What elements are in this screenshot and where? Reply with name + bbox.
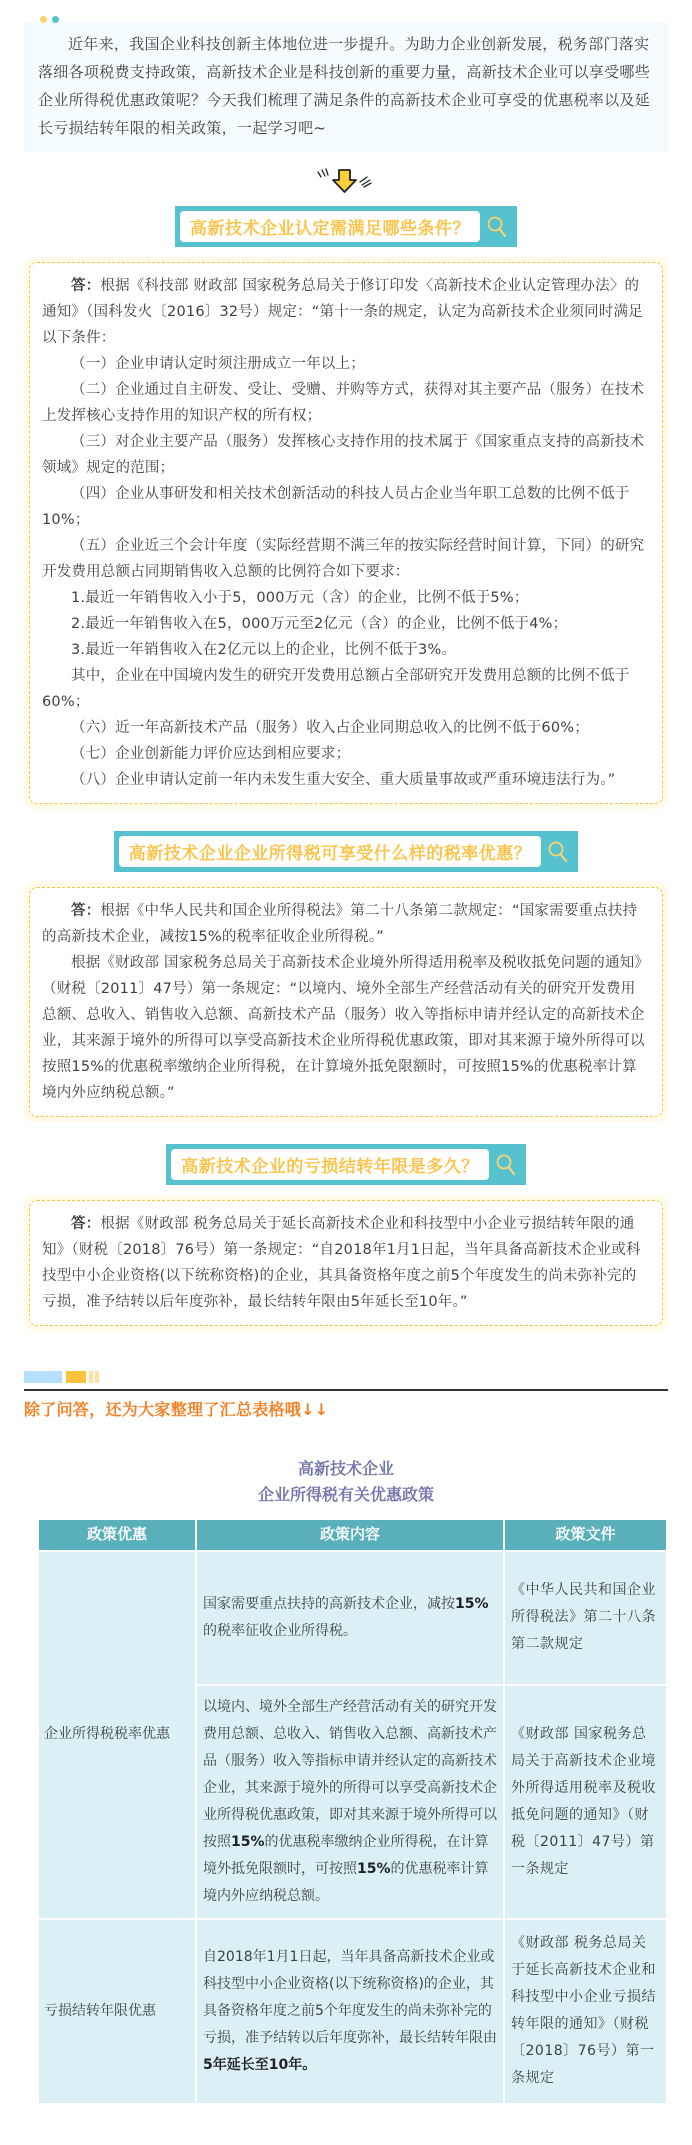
answer-lead: 答： (71, 1216, 100, 1232)
answer-body-2: 答：根据《中华人民共和国企业所得税法》第二十八条第二款规定：“国家需要重点扶持的… (29, 887, 663, 1117)
table-title: 高新技术企业 企业所得税有关优惠政策 (0, 1456, 692, 1508)
horizontal-rule (24, 1389, 668, 1391)
table-header-row: 政策优惠 政策内容 政策文件 (39, 1520, 666, 1550)
decorative-bars (24, 1371, 668, 1383)
content-cell: 自2018年1月1日起，当年具备高新技术企业或科技型中小企业资格(以下统称资格)… (197, 1920, 503, 2103)
intro-paragraph: 近年来，我国企业科技创新主体地位进一步提升。为助力企业创新发展，税务部门落实落细… (24, 22, 668, 152)
question-banner-3-row: 高新技术企业的亏损结转年限是多久？ (0, 1144, 692, 1185)
answer-paragraph: 根据《财政部 国家税务总局关于高新技术企业境外所得适用税率及税收抵免问题的通知》… (42, 950, 650, 1106)
condition-item: （八）企业申请认定前一年内未发生重大安全、重大质量事故或严重环境违法行为。” (42, 767, 650, 793)
header-benefit: 政策优惠 (39, 1520, 195, 1550)
summary-note: 除了问答，还为大家整理了汇总表格哦↓↓ (24, 1397, 668, 1420)
question-banner-2-row: 高新技术企业企业所得税可享受什么样的税率优惠？ (0, 831, 692, 872)
document-cell: 《财政部 税务总局关于延长高新技术企业和科技型中小企业亏损结转年限的通知》（财税… (505, 1920, 666, 2103)
question-title-3: 高新技术企业的亏损结转年限是多久？ (171, 1149, 489, 1180)
answer-card-1: 答：根据《科技部 财政部 国家税务总局关于修订印发〈高新技术企业认定管理办法〉的… (24, 257, 668, 809)
answer-body-1: 答：根据《科技部 财政部 国家税务总局关于修订印发〈高新技术企业认定管理办法〉的… (29, 262, 663, 804)
question-banner-2: 高新技术企业企业所得税可享受什么样的税率优惠？ (114, 831, 579, 872)
condition-item: （五）企业近三个会计年度（实际经营期不满三年的按实际经营时间计算，下同）的研究开… (42, 533, 650, 585)
intro-section: 近年来，我国企业科技创新主体地位进一步提升。为助力企业创新发展，税务部门落实落细… (0, 0, 692, 152)
magnifier-icon (491, 1150, 521, 1180)
table-row: 企业所得税税率优惠 国家需要重点扶持的高新技术企业，减按15%的税率征收企业所得… (39, 1552, 666, 1684)
answer-lead: 答： (71, 903, 100, 919)
content-cell: 国家需要重点扶持的高新技术企业，减按15%的税率征收企业所得税。 (197, 1552, 503, 1684)
arrow-decoration (0, 156, 692, 206)
condition-item: （四）企业从事研发和相关技术创新活动的科技人员占企业当年职工总数的比例不低于10… (42, 481, 650, 533)
condition-item: （六）近一年高新技术产品（服务）收入占企业同期总收入的比例不低于60%； (42, 715, 650, 741)
benefit-cell: 企业所得税税率优惠 (39, 1552, 195, 1918)
document-cell: 《财政部 国家税务总局关于高新技术企业境外所得适用税率及税收抵免问题的通知》（财… (505, 1686, 666, 1918)
question-title-1: 高新技术企业认定需满足哪些条件？ (180, 211, 480, 242)
answer-paragraph: 答：根据《财政部 税务总局关于延长高新技术企业和科技型中小企业亏损结转年限的通知… (42, 1211, 650, 1315)
answer-card-2: 答：根据《中华人民共和国企业所得税法》第二十八条第二款规定：“国家需要重点扶持的… (24, 882, 668, 1122)
article-page: 近年来，我国企业科技创新主体地位进一步提升。为助力企业创新发展，税务部门落实落细… (0, 0, 692, 2145)
header-document: 政策文件 (505, 1520, 666, 1550)
condition-item: （二）企业通过自主研发、受让、受赠、并购等方式，获得对其主要产品（服务）在技术上… (42, 377, 650, 429)
question-banner-1: 高新技术企业认定需满足哪些条件？ (175, 206, 517, 247)
bar-pale-yellow-icon (89, 1371, 93, 1383)
answer-paragraph: 答：根据《科技部 财政部 国家税务总局关于修订印发〈高新技术企业认定管理办法〉的… (42, 273, 650, 351)
answer-lead: 答： (71, 278, 100, 294)
condition-item: （七）企业创新能力评价应达到相应要求； (42, 741, 650, 767)
bar-pale-yellow-icon (95, 1371, 99, 1383)
document-cell: 《中华人民共和国企业所得税法》第二十八条第二款规定 (505, 1552, 666, 1684)
condition-item: （一）企业申请认定时须注册成立一年以上； (42, 351, 650, 377)
header-content: 政策内容 (197, 1520, 503, 1550)
answer-paragraph: 答：根据《中华人民共和国企业所得税法》第二十八条第二款规定：“国家需要重点扶持的… (42, 898, 650, 950)
table-row: 亏损结转年限优惠 自2018年1月1日起，当年具备高新技术企业或科技型中小企业资… (39, 1920, 666, 2103)
yellow-dot-icon (40, 16, 47, 23)
condition-subitem: 3.最近一年销售收入在2亿元以上的企业，比例不低于3%。 (42, 637, 650, 663)
condition-subitem: 1.最近一年销售收入小于5，000万元（含）的企业，比例不低于5%； (42, 585, 650, 611)
question-banner-3: 高新技术企业的亏损结转年限是多久？ (166, 1144, 526, 1185)
summary-divider: 除了问答，还为大家整理了汇总表格哦↓↓ (24, 1371, 668, 1420)
down-arrow-icon (306, 164, 386, 198)
condition-item: 其中，企业在中国境内发生的研究开发费用总额占全部研究开发费用总额的比例不低于60… (42, 663, 650, 715)
question-title-2: 高新技术企业企业所得税可享受什么样的税率优惠？ (119, 836, 542, 867)
magnifier-icon (543, 837, 573, 867)
answer-card-3: 答：根据《财政部 税务总局关于延长高新技术企业和科技型中小企业亏损结转年限的通知… (24, 1195, 668, 1331)
answer-body-3: 答：根据《财政部 税务总局关于延长高新技术企业和科技型中小企业亏损结转年限的通知… (29, 1200, 663, 1326)
bar-yellow-icon (66, 1371, 86, 1383)
condition-subitem: 2.最近一年销售收入在5，000万元至2亿元（含）的企业，比例不低于4%； (42, 611, 650, 637)
bar-light-blue-icon (24, 1371, 62, 1383)
condition-item: （三）对企业主要产品（服务）发挥核心支持作用的技术属于《国家重点支持的高新技术领… (42, 429, 650, 481)
decorative-dots (40, 16, 59, 23)
benefit-cell: 亏损结转年限优惠 (39, 1920, 195, 2103)
teal-dot-icon (52, 16, 59, 23)
policy-table: 政策优惠 政策内容 政策文件 企业所得税税率优惠 国家需要重点扶持的高新技术企业… (37, 1518, 668, 2105)
question-banner-1-row: 高新技术企业认定需满足哪些条件？ (0, 206, 692, 247)
magnifier-icon (482, 212, 512, 242)
content-cell: 以境内、境外全部生产经营活动有关的研究开发费用总额、总收入、销售收入总额、高新技… (197, 1686, 503, 1918)
